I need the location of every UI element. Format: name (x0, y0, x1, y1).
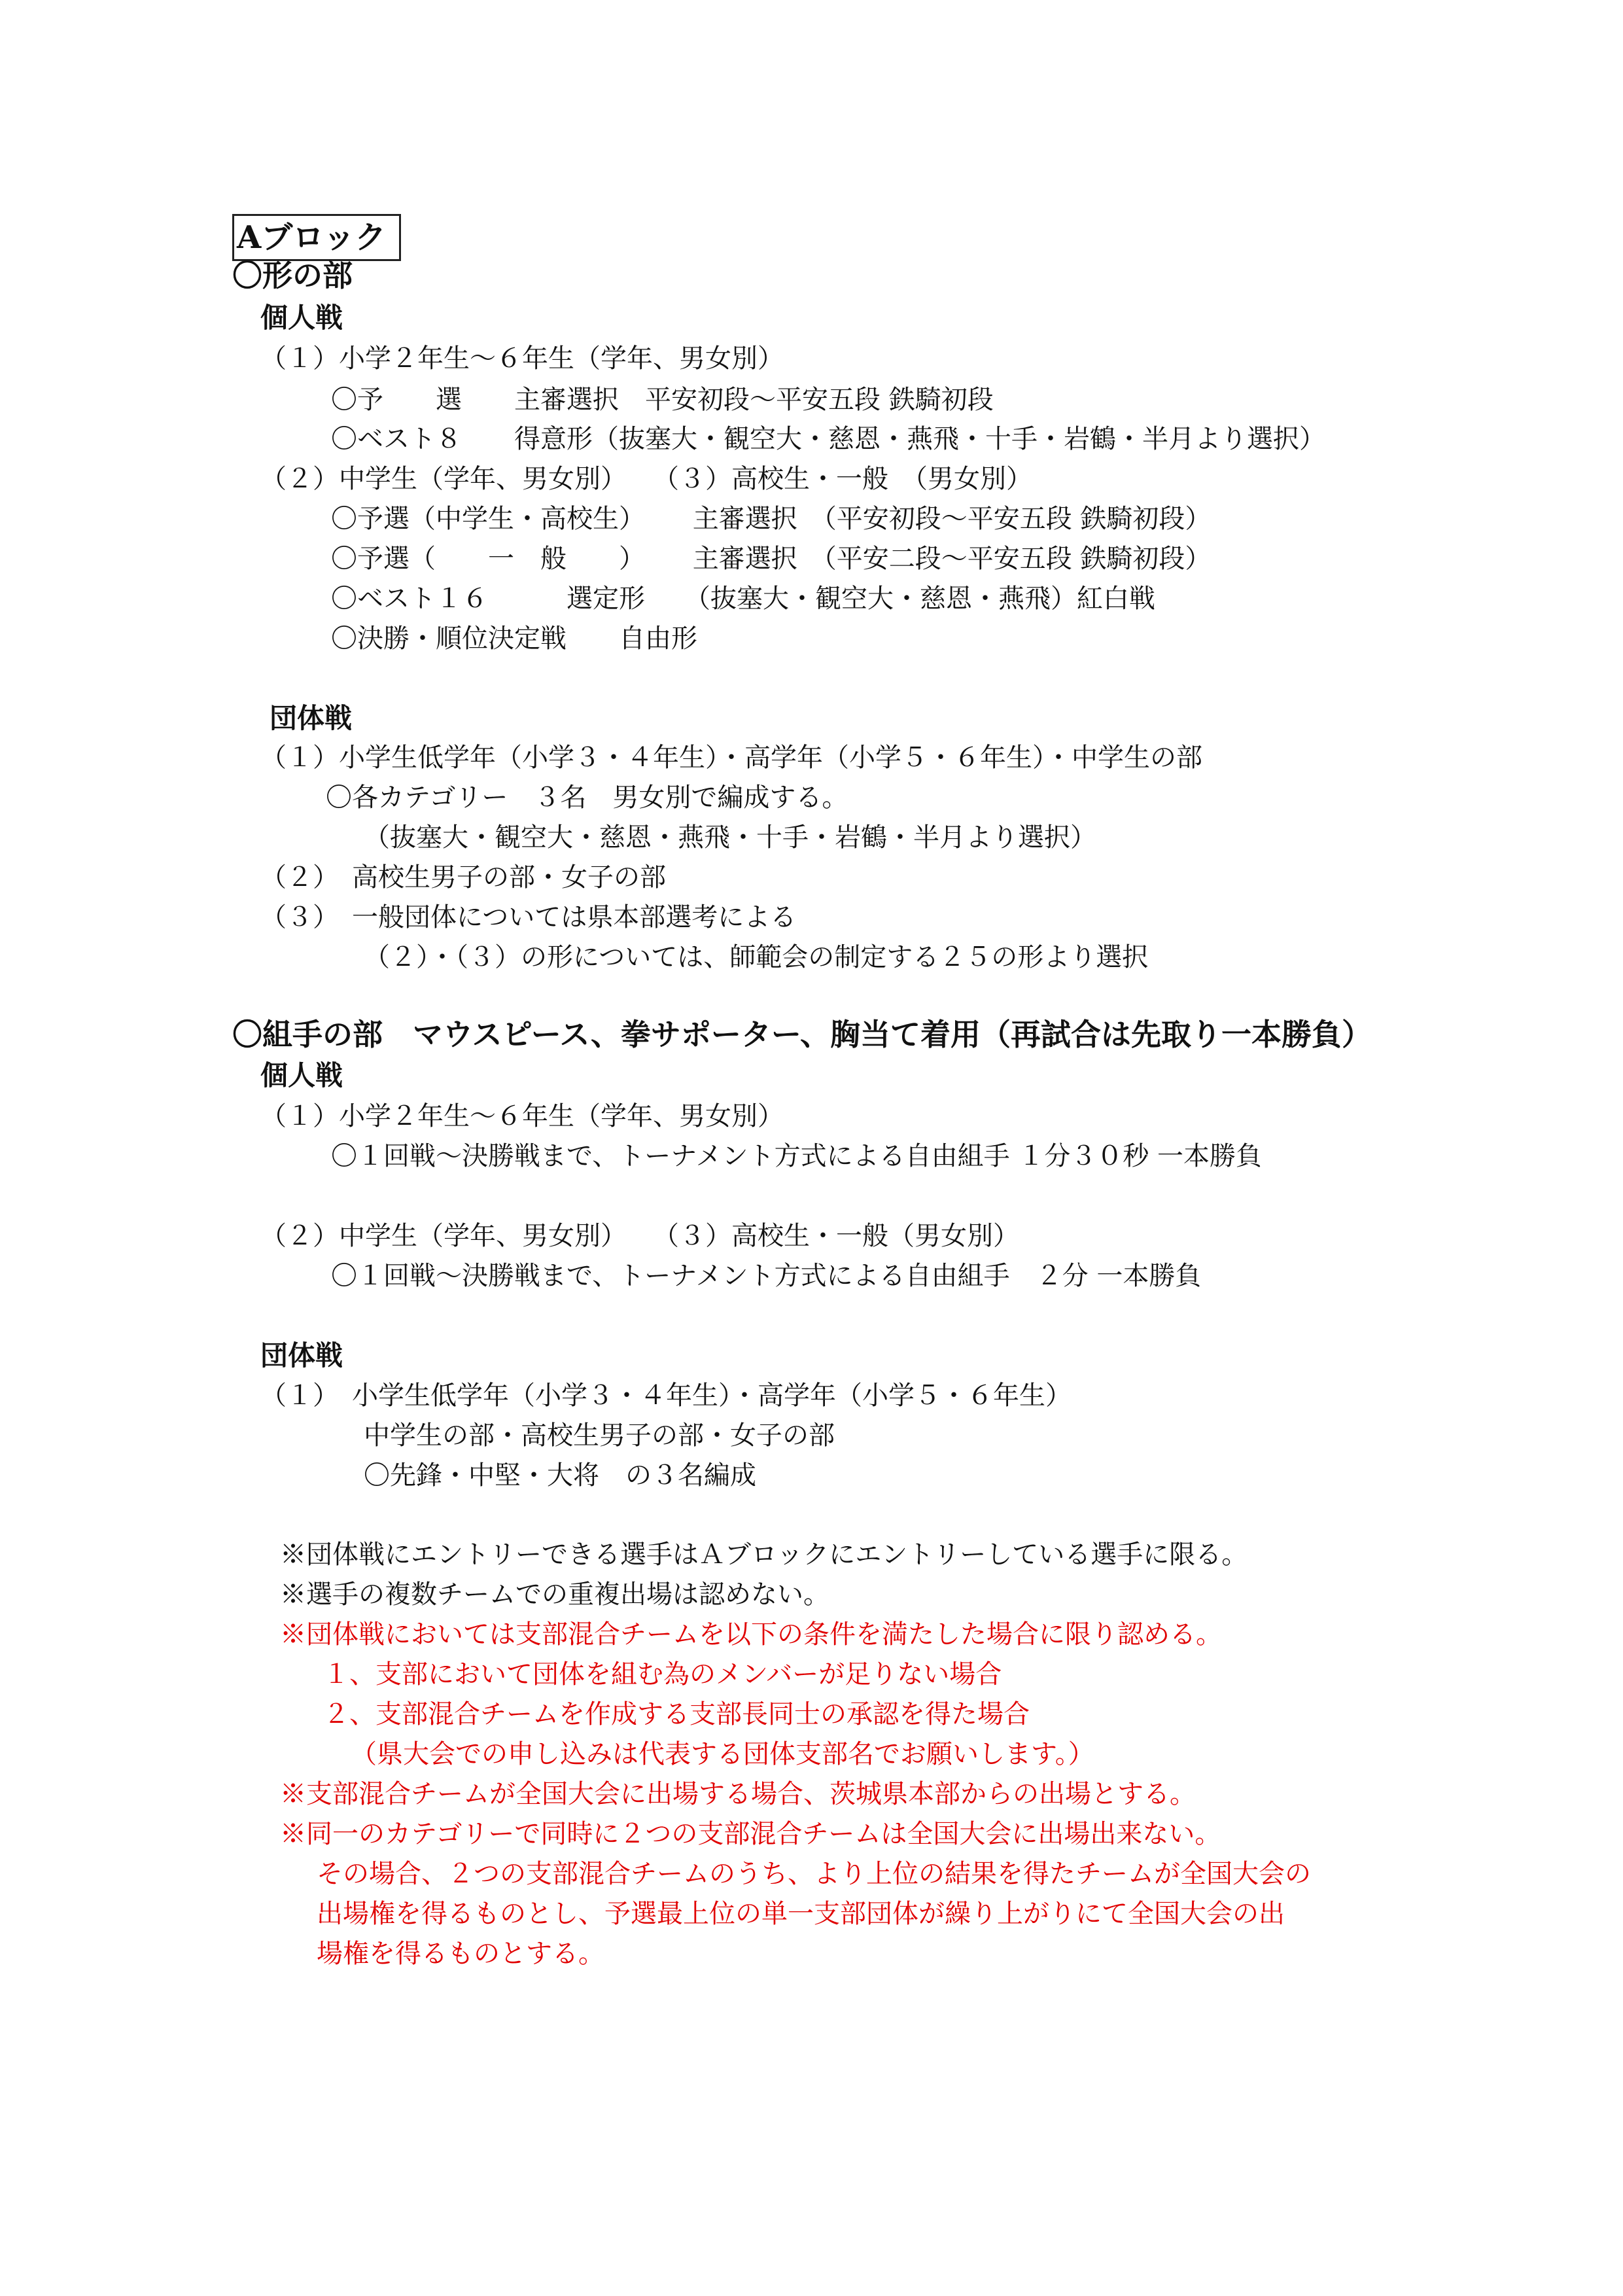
kumite-heading: 〇組手の部 マウスピース、拳サポーター、胸当て着用（再試合は先取り一本勝負） (232, 1017, 1372, 1051)
note-red: １、支部において団体を組む為のメンバーが足りない場合 (323, 1657, 1002, 1691)
kata-individual-line: （１）小学２年生～６年生（学年、男女別） (260, 342, 784, 376)
note-red: その場合、２つの支部混合チームのうち、より上位の結果を得たチームが全国大会の (317, 1857, 1311, 1891)
kata-heading: 〇形の部 (232, 258, 353, 292)
kata-individual-line: 〇ベスト１６ 選定形 （抜塞大・観空大・慈恩・燕飛）紅白戦 (331, 582, 1155, 616)
note-red: ※団体戦においては支部混合チームを以下の条件を満たした場合に限り認める。 (280, 1617, 1222, 1651)
note-red: ※同一のカテゴリーで同時に２つの支部混合チームは全国大会に出場出来ない。 (280, 1817, 1221, 1851)
note-red: 出場権を得るものとし、予選最上位の単一支部団体が繰り上がりにて全国大会の出 (317, 1897, 1285, 1931)
kata-individual-line: 〇ベスト８ 得意形（抜塞大・観空大・慈恩・燕飛・十手・岩鶴・半月より選択） (331, 422, 1325, 456)
block-title-box: Aブロック (232, 214, 401, 261)
kumite-individual-line: （１）小学２年生～６年生（学年、男女別） (260, 1099, 784, 1133)
kata-team-line: 〇各カテゴリー ３名 男女別で編成する。 (326, 781, 848, 815)
kata-team-line: （２）・（３）の形については、師範会の制定する２５の形より選択 (364, 940, 1148, 974)
note-black: ※選手の複数チームでの重複出場は認めない。 (280, 1578, 829, 1612)
kata-individual-line: 〇予選（中学生・高校生） 主審選択 （平安初段～平安五段 鉄騎初段） (331, 502, 1211, 536)
kata-team-line: （１）小学生低学年（小学３・４年生）・高学年（小学５・６年生）・中学生の部 (260, 741, 1202, 775)
kata-individual-line: 〇決勝・順位決定戦 自由形 (331, 622, 697, 656)
kumite-individual-line: （２）中学生（学年、男女別） （３）高校生・一般（男女別） (260, 1219, 1019, 1253)
kata-team-line: （抜塞大・観空大・慈恩・燕飛・十手・岩鶴・半月より選択） (364, 821, 1096, 855)
note-black: ※団体戦にエントリーできる選手はＡブロックにエントリーしている選手に限る。 (280, 1538, 1248, 1572)
note-red: ２、支部混合チームを作成する支部長同士の承認を得た場合 (323, 1697, 1030, 1731)
kumite-individual-heading: 個人戦 (260, 1059, 343, 1093)
note-red: （県大会での申し込みは代表する団体支部名でお願いします。） (351, 1737, 1094, 1771)
kumite-team-line: 〇先鋒・中堅・大将 の３名編成 (364, 1458, 756, 1492)
note-red: ※支部混合チームが全国大会に出場する場合、茨城県本部からの出場とする。 (280, 1777, 1196, 1811)
kata-team-line: （２） 高校生男子の部・女子の部 (260, 860, 666, 894)
kata-individual-line: 〇予選（ 一 般 ） 主審選択 （平安二段～平安五段 鉄騎初段） (331, 542, 1211, 576)
kata-individual-heading: 個人戦 (260, 301, 343, 335)
kumite-team-line: （１） 小学生低学年（小学３・４年生）・高学年（小学５・６年生） (260, 1379, 1072, 1413)
kata-individual-line: （２）中学生（学年、男女別） （３）高校生・一般 （男女別） (260, 462, 1032, 496)
kumite-team-heading: 団体戦 (260, 1339, 343, 1373)
note-red: 場権を得るものとする。 (317, 1937, 604, 1971)
kumite-individual-line: 〇１回戦～決勝戦まで、トーナメント方式による自由組手 ２分 一本勝負 (331, 1259, 1201, 1293)
kata-team-line: （３） 一般団体については県本部選考による (260, 900, 796, 934)
kumite-individual-line: 〇１回戦～決勝戦まで、トーナメント方式による自由組手 １分３０秒 一本勝負 (331, 1139, 1262, 1173)
kumite-team-line: 中学生の部・高校生男子の部・女子の部 (364, 1419, 835, 1453)
kata-team-heading: 団体戦 (270, 701, 352, 735)
kata-individual-line: 〇予 選 主審選択 平安初段～平安五段 鉄騎初段 (331, 383, 994, 417)
